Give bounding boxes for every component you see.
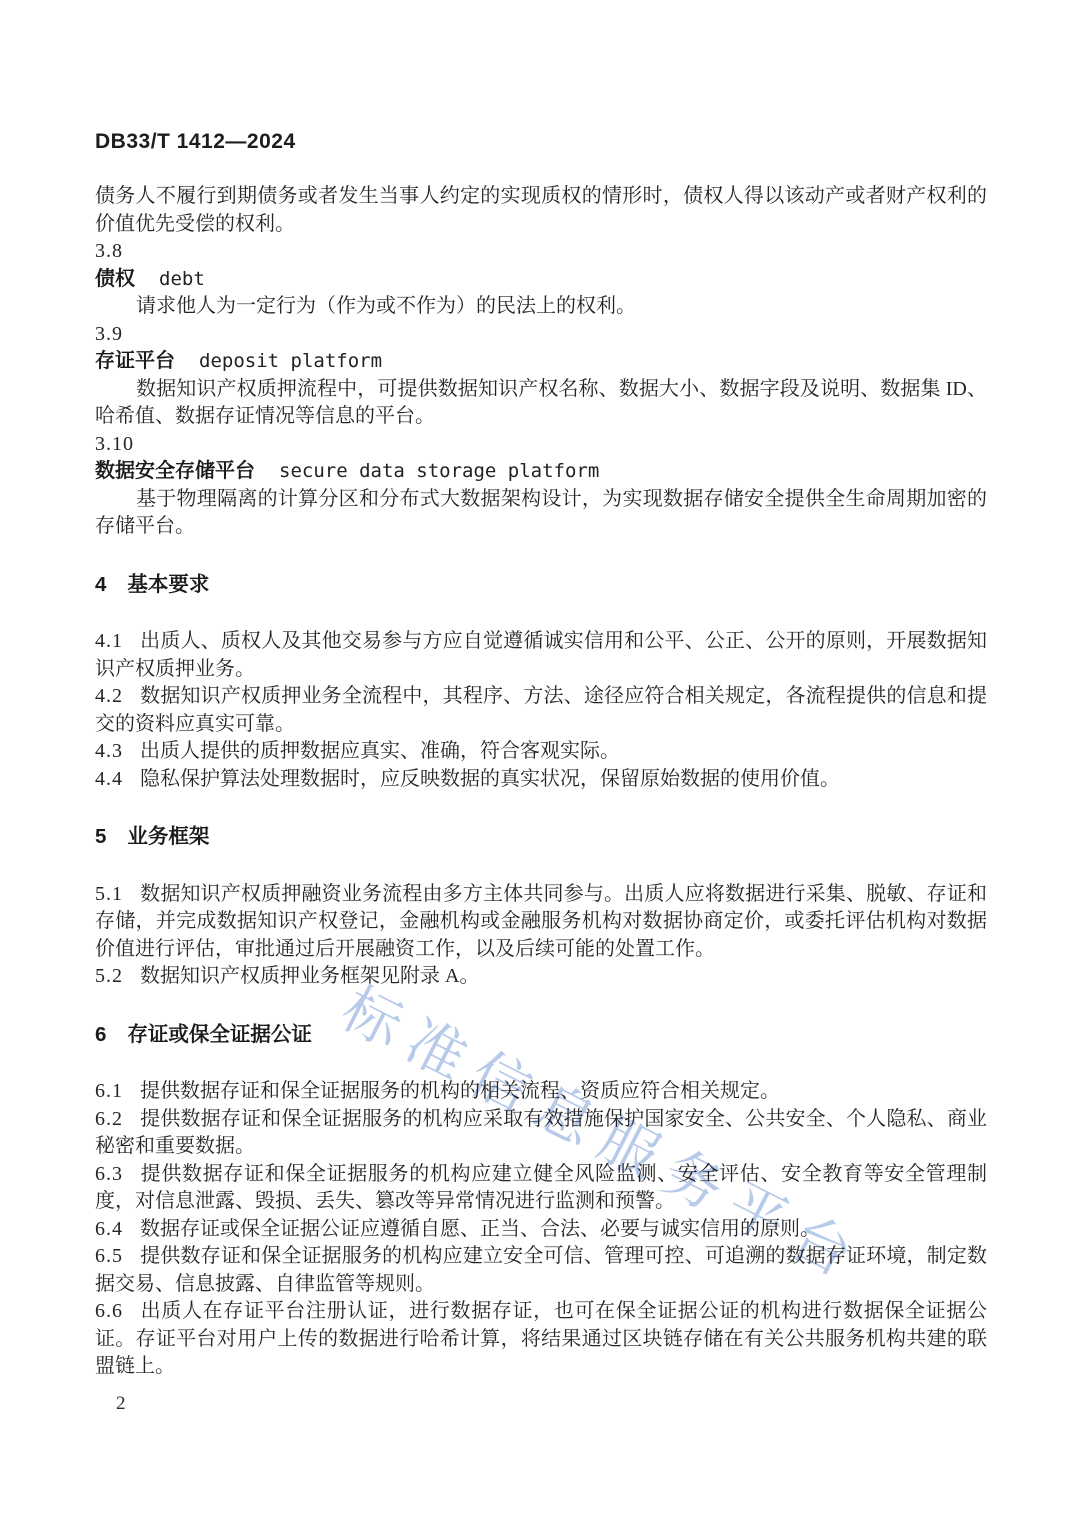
clause-number: 5.2 (95, 965, 123, 987)
term-zh-label: 债权 (95, 268, 135, 290)
term-zh-label: 数据安全存储平台 (95, 460, 255, 482)
clause-text: 出质人提供的质押数据应真实、准确，符合客观实际。 (140, 740, 620, 762)
clause-text: 数据知识产权质押融资业务流程由多方主体共同参与。出质人应将数据进行采集、脱敏、存… (95, 883, 987, 960)
section-title: 业务框架 (127, 825, 209, 848)
clause-number: 6.5 (95, 1245, 123, 1267)
clause-text: 出质人在存证平台注册认证，进行数据存证，也可在保全证据公证的机构进行数据保全证据… (95, 1300, 987, 1377)
section-number: 6 (95, 1023, 107, 1046)
term-en-label: deposit platform (199, 350, 382, 372)
clause-text: 隐私保护算法处理数据时，应反映数据的真实状况，保留原始数据的使用价值。 (140, 768, 840, 790)
clause-number: 4.4 (95, 768, 123, 790)
document-body: 债务人不履行到期债务或者发生当事人约定的实现质权的情形时，债权人得以该动产或者财… (95, 183, 987, 1381)
clause-text: 数据知识产权质押业务框架见附录 A。 (140, 965, 479, 987)
section-heading: 6存证或保全证据公证 (95, 1021, 987, 1049)
clause-paragraph: 5.1数据知识产权质押融资业务流程由多方主体共同参与。出质人应将数据进行采集、脱… (95, 881, 987, 964)
clause-number: 6.1 (95, 1080, 123, 1102)
clause-number: 6.6 (95, 1300, 123, 1322)
clause-paragraph: 6.3提供数据存证和保全证据服务的机构应建立健全风险监测、安全评估、安全教育等安… (95, 1161, 987, 1216)
body-paragraph: 债务人不履行到期债务或者发生当事人约定的实现质权的情形时，债权人得以该动产或者财… (95, 183, 987, 238)
section-heading: 5业务框架 (95, 823, 987, 851)
page-number: 2 (116, 1393, 126, 1415)
clause-number: 4.1 (95, 630, 123, 652)
term-line: 债权debt (95, 266, 987, 294)
term-line: 存证平台deposit platform (95, 348, 987, 376)
standard-code: DB33/T 1412—2024 (95, 130, 296, 154)
clause-number: 6.3 (95, 1163, 123, 1185)
definition-paragraph: 请求他人为一定行为（作为或不作为）的民法上的权利。 (95, 293, 987, 321)
clause-number: 6.2 (95, 1108, 123, 1130)
clause-paragraph: 6.6出质人在存证平台注册认证，进行数据存证，也可在保全证据公证的机构进行数据保… (95, 1298, 987, 1381)
clause-number: 6.4 (95, 1218, 123, 1240)
term-en-label: secure data storage platform (279, 460, 599, 482)
term-line: 数据安全存储平台secure data storage platform (95, 458, 987, 486)
clause-paragraph: 5.2数据知识产权质押业务框架见附录 A。 (95, 963, 987, 991)
clause-number: 3.10 (95, 431, 987, 459)
clause-text: 数据知识产权质押业务全流程中，其程序、方法、途径应符合相关规定，各流程提供的信息… (95, 685, 987, 735)
clause-number: 4.3 (95, 740, 123, 762)
clause-number: 3.8 (95, 238, 987, 266)
clause-paragraph: 6.5提供数存证和保全证据服务的机构应建立安全可信、管理可控、可追溯的数据存证环… (95, 1243, 987, 1298)
definition-paragraph: 数据知识产权质押流程中，可提供数据知识产权名称、数据大小、数据字段及说明、数据集… (95, 376, 987, 431)
section-title: 基本要求 (127, 573, 209, 596)
clause-text: 提供数据存证和保全证据服务的机构应建立健全风险监测、安全评估、安全教育等安全管理… (95, 1163, 987, 1213)
section-number: 4 (95, 573, 107, 596)
term-en-label: debt (159, 268, 205, 290)
clause-paragraph: 4.3出质人提供的质押数据应真实、准确，符合客观实际。 (95, 738, 987, 766)
clause-text: 提供数据存证和保全证据服务的机构的相关流程、资质应符合相关规定。 (140, 1080, 780, 1102)
clause-paragraph: 4.4隐私保护算法处理数据时，应反映数据的真实状况，保留原始数据的使用价值。 (95, 766, 987, 794)
section-title: 存证或保全证据公证 (127, 1023, 312, 1046)
clause-number: 3.9 (95, 321, 987, 349)
clause-paragraph: 6.1提供数据存证和保全证据服务的机构的相关流程、资质应符合相关规定。 (95, 1078, 987, 1106)
clause-paragraph: 6.4数据存证或保全证据公证应遵循自愿、正当、合法、必要与诚实信用的原则。 (95, 1216, 987, 1244)
clause-text: 提供数据存证和保全证据服务的机构应采取有效措施保护国家安全、公共安全、个人隐私、… (95, 1108, 987, 1158)
section-number: 5 (95, 825, 107, 848)
clause-number: 4.2 (95, 685, 123, 707)
clause-paragraph: 6.2提供数据存证和保全证据服务的机构应采取有效措施保护国家安全、公共安全、个人… (95, 1106, 987, 1161)
document-page: 标准信息服务平台 DB33/T 1412—2024 债务人不履行到期债务或者发生… (0, 0, 1080, 1527)
clause-number: 5.1 (95, 883, 123, 905)
clause-text: 数据存证或保全证据公证应遵循自愿、正当、合法、必要与诚实信用的原则。 (140, 1218, 820, 1240)
clause-text: 提供数存证和保全证据服务的机构应建立安全可信、管理可控、可追溯的数据存证环境，制… (95, 1245, 987, 1295)
term-zh-label: 存证平台 (95, 350, 175, 372)
clause-text: 出质人、质权人及其他交易参与方应自觉遵循诚实信用和公平、公正、公开的原则，开展数… (95, 630, 987, 680)
section-heading: 4基本要求 (95, 571, 987, 599)
clause-paragraph: 4.2数据知识产权质押业务全流程中，其程序、方法、途径应符合相关规定，各流程提供… (95, 683, 987, 738)
clause-paragraph: 4.1出质人、质权人及其他交易参与方应自觉遵循诚实信用和公平、公正、公开的原则，… (95, 628, 987, 683)
definition-paragraph: 基于物理隔离的计算分区和分布式大数据架构设计，为实现数据存储安全提供全生命周期加… (95, 486, 987, 541)
